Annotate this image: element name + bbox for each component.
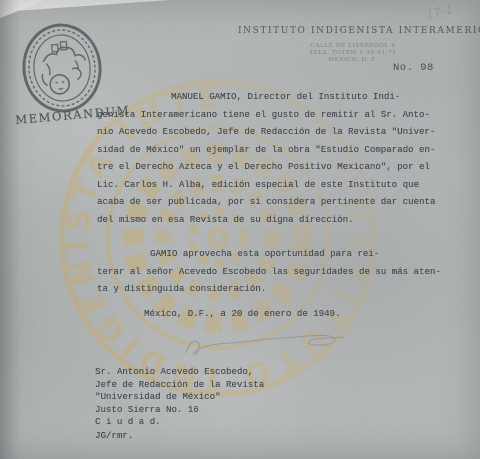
recipient-address: Sr. Antonio Acevedo Escobedo, Jefe de Re… xyxy=(95,366,264,429)
recipient-line: Jefe de Redacción de la Revista xyxy=(95,379,264,392)
recipient-line: C i u d a d. xyxy=(95,416,264,429)
recipient-line: "Universidad de México" xyxy=(95,391,264,404)
scanned-memorandum-page: INSTITUTO INDIGENISTA INTERAMERICANO INS… xyxy=(0,0,480,459)
typist-initials: JG/rmr. xyxy=(95,430,133,441)
recipient-line: Sr. Antonio Acevedo Escobedo, xyxy=(95,366,264,379)
recipient-line: Justo Sierra No. 16 xyxy=(95,404,264,417)
